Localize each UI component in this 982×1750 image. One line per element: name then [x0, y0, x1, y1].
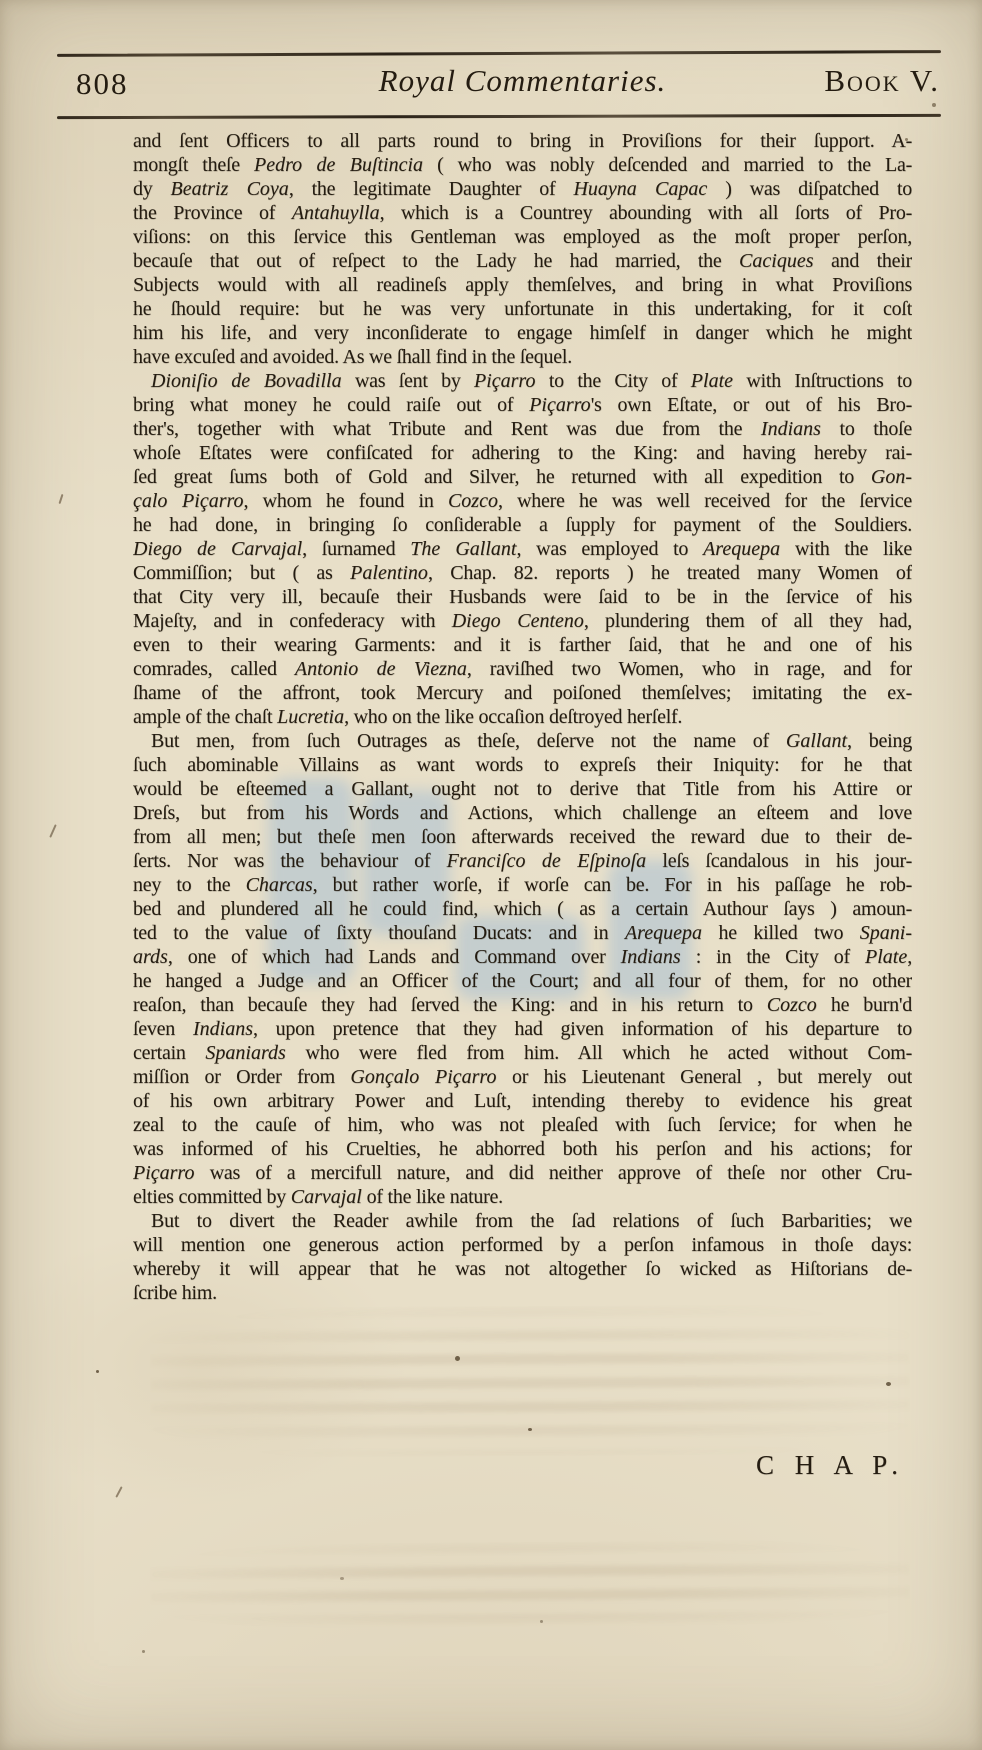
text-line: ſuch abominable Villains as want words t… [133, 753, 912, 777]
text-line: çalo Piçarro, whom he found in Cozco, wh… [133, 489, 912, 513]
text-line: ſerts. Nor was the behaviour of Franciſc… [133, 849, 912, 873]
header-bottom-rule [57, 114, 941, 119]
text-line: ney to the Charcas, but rather worſe, if… [133, 873, 912, 897]
text-line: bring what money he could raiſe out of P… [133, 393, 912, 417]
text-line: certain Spaniards who were fled from him… [133, 1041, 912, 1065]
text-line: ted to the value of ſixty thouſand Ducat… [133, 921, 912, 945]
text-line: Majeſty, and in confederacy with Diego C… [133, 609, 912, 633]
text-line: becauſe that out of reſpect to the Lady … [133, 249, 912, 273]
margin-mark [49, 824, 57, 838]
text-line: Dreſs, but from his Words and Actions, w… [133, 801, 912, 825]
text-line: from all men; but theſe men ſoon afterwa… [133, 825, 912, 849]
text-line: ſhame of the affront, took Mercury and p… [133, 681, 912, 705]
text-line: Piçarro was of a mercifull nature, and d… [133, 1161, 912, 1185]
text-line: Subjects would with all readineſs apply … [133, 273, 912, 297]
text-line: he had done, in bringing ſo conſiderable… [133, 513, 912, 537]
text-line: But to divert the Reader awhile from the… [133, 1209, 912, 1233]
text-line: zeal to the cauſe of him, who was not pl… [133, 1113, 912, 1137]
text-line: ample of the chaſt Lucretia, who on the … [133, 705, 912, 729]
book-page: 808 Royal Commentaries. Book V. and ſent… [0, 0, 982, 1750]
page-number: 808 [76, 66, 129, 102]
text-line: Diego de Carvajal, ſurnamed The Gallant,… [133, 537, 912, 561]
text-line: elties committed by Carvajal of the like… [133, 1185, 912, 1209]
ink-speck [932, 103, 936, 107]
text-line: will mention one generous action perform… [133, 1233, 912, 1257]
paragraph: But men, from ſuch Outrages as theſe, de… [133, 729, 912, 1209]
text-line: ſed great ſums both of Gold and Silver, … [133, 465, 912, 489]
paragraph: Dioniſio de Bovadilla was ſent by Piçarr… [133, 369, 912, 729]
text-line: and ſent Officers to all parts round to … [133, 129, 912, 153]
text-line: But men, from ſuch Outrages as theſe, de… [133, 729, 912, 753]
text-line: ards, one of which had Lands and Command… [133, 945, 912, 969]
text-block: and ſent Officers to all parts round to … [133, 129, 912, 1305]
text-line: have excuſed and avoided. As we ſhall fi… [133, 345, 912, 369]
text-line: he hanged a Judge and an Officer of the … [133, 969, 912, 993]
ink-speck [455, 1356, 460, 1361]
ink-speck [886, 1382, 891, 1386]
text-line: comrades, called Antonio de Viezna, ravi… [133, 657, 912, 681]
verso-showthrough [150, 1304, 911, 1458]
text-line: reaſon, than becauſe they had ſerved the… [133, 993, 912, 1017]
margin-mark [59, 494, 64, 504]
text-line: viſions: on this ſervice this Gentleman … [133, 225, 912, 249]
header-top-rule [57, 50, 941, 57]
text-line: dy Beatriz Coya, the legitimate Daughter… [133, 177, 912, 201]
text-line: would be eſteemed a Gallant, ought not t… [133, 777, 912, 801]
text-line: whoſe Eſtates were confiſcated for adher… [133, 441, 912, 465]
text-line: him his life, and very inconſiderate to … [133, 321, 912, 345]
text-line: was informed of his Cruelties, he abhorr… [133, 1137, 912, 1161]
text-line: he ſhould require: but he was very unfor… [133, 297, 912, 321]
paragraph: and ſent Officers to all parts round to … [133, 129, 912, 369]
text-line: ſcribe him. [133, 1281, 912, 1305]
text-line: ſeven Indians, upon pretence that they h… [133, 1017, 912, 1041]
text-line: ther's, together with what Tribute and R… [133, 417, 912, 441]
margin-mark [905, 138, 908, 141]
ink-speck [540, 1620, 543, 1623]
text-line: whereby it will appear that he was not a… [133, 1257, 912, 1281]
margin-mark [115, 1486, 122, 1498]
text-line: Dioniſio de Bovadilla was ſent by Piçarr… [133, 369, 912, 393]
book-label: Book V. [824, 63, 940, 99]
text-line: Commiſſion; but ( as Palentino, Chap. 82… [133, 561, 912, 585]
ink-speck [528, 1428, 532, 1431]
text-line: of his own arbitrary Power and Luſt, int… [133, 1089, 912, 1113]
text-line: mongſt theſe Pedro de Buſtincia ( who wa… [133, 153, 912, 177]
text-line: the Province of Antahuylla, which is a C… [133, 201, 912, 225]
verso-showthrough [150, 1539, 911, 1630]
text-line: even to their wearing Garments: and it i… [133, 633, 912, 657]
text-line: miſſion or Order from Gonçalo Piçarro or… [133, 1065, 912, 1089]
catchword: C H A P. [756, 1450, 905, 1481]
text-line: that City very ill, becauſe their Husban… [133, 585, 912, 609]
ink-speck [142, 1650, 145, 1653]
running-title: Royal Commentaries. [133, 63, 912, 99]
text-line: bed and plundered all he could find, whi… [133, 897, 912, 921]
ink-speck [96, 1370, 99, 1373]
paragraph: But to divert the Reader awhile from the… [133, 1209, 912, 1305]
ink-speck [340, 1577, 344, 1580]
